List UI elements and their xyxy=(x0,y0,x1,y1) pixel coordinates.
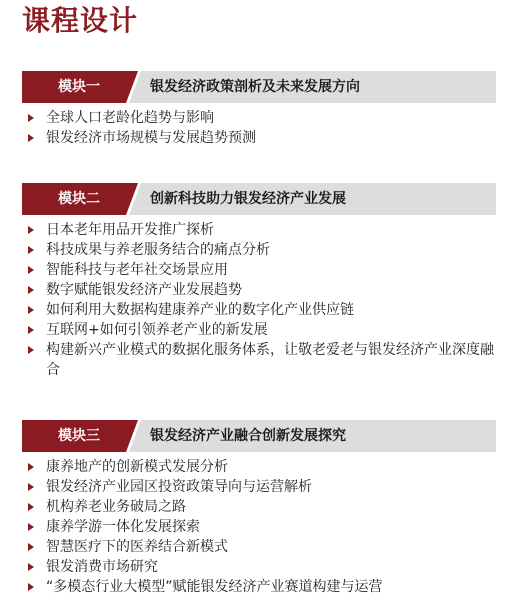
triangle-bullet-icon xyxy=(28,266,34,274)
list-item: 互联网+如何引领养老产业的新发展 xyxy=(22,320,496,340)
list-item-text: 康养地产的创新模式发展分析 xyxy=(46,459,228,475)
module-2: 模块二 创新科技助力银发经济产业发展 日本老年用品开发推广探析 科技成果与养老服… xyxy=(22,183,496,380)
triangle-bullet-icon xyxy=(28,246,34,254)
list-item-text: 智能科技与老年社交场景应用 xyxy=(46,262,228,278)
list-item-text: 互联网+如何引领养老产业的新发展 xyxy=(46,322,268,338)
triangle-bullet-icon xyxy=(28,463,34,471)
list-item: 构建新兴产业模式的数据化服务体系，让敬老爱老与银发经济产业深度融合 xyxy=(22,340,496,380)
triangle-bullet-icon xyxy=(28,543,34,551)
list-item-text: 数字赋能银发经济产业发展趋势 xyxy=(46,282,242,298)
triangle-bullet-icon xyxy=(28,483,34,491)
list-item: 智能科技与老年社交场景应用 xyxy=(22,260,496,280)
list-item-text: 科技成果与养老服务结合的痛点分析 xyxy=(46,242,270,258)
module-header: 模块二 创新科技助力银发经济产业发展 xyxy=(22,183,496,215)
module-title: 银发经济产业融合创新发展探究 xyxy=(150,420,346,452)
list-item: 康养地产的创新模式发展分析 xyxy=(22,457,496,477)
topic-list: 康养地产的创新模式发展分析 银发经济产业园区投资政策导向与运营解析 机构养老业务… xyxy=(22,457,496,597)
list-item: 银发经济产业园区投资政策导向与运营解析 xyxy=(22,477,496,497)
list-item-text: 全球人口老龄化趋势与影响 xyxy=(46,110,214,126)
list-item: 如何利用大数据构建康养产业的数字化产业供应链 xyxy=(22,300,496,320)
list-item: 数字赋能银发经济产业发展趋势 xyxy=(22,280,496,300)
list-item: 银发经济市场规模与发展趋势预测 xyxy=(22,128,496,148)
list-item-text: 如何利用大数据构建康养产业的数字化产业供应链 xyxy=(46,302,354,318)
list-item-text: 银发经济市场规模与发展趋势预测 xyxy=(46,130,256,146)
list-item-text: 机构养老业务破局之路 xyxy=(46,499,186,515)
list-item: 银发消费市场研究 xyxy=(22,557,496,577)
triangle-bullet-icon xyxy=(28,286,34,294)
page-title: 课程设计 xyxy=(22,4,138,38)
list-item-text: 银发消费市场研究 xyxy=(46,559,158,575)
triangle-bullet-icon xyxy=(28,326,34,334)
list-item: “多模态行业大模型”赋能银发经济产业赛道构建与运营 xyxy=(22,577,496,597)
module-label: 模块一 xyxy=(22,71,126,103)
triangle-bullet-icon xyxy=(28,563,34,571)
list-item: 机构养老业务破局之路 xyxy=(22,497,496,517)
list-item-text: 智慧医疗下的医养结合新模式 xyxy=(46,539,228,555)
module-3: 模块三 银发经济产业融合创新发展探究 康养地产的创新模式发展分析 银发经济产业园… xyxy=(22,420,496,597)
list-item-text: 康养学游一体化发展探索 xyxy=(46,519,200,535)
list-item-text: 日本老年用品开发推广探析 xyxy=(46,222,214,238)
triangle-bullet-icon xyxy=(28,114,34,122)
triangle-bullet-icon xyxy=(28,346,34,354)
triangle-bullet-icon xyxy=(28,583,34,591)
topic-list: 全球人口老龄化趋势与影响 银发经济市场规模与发展趋势预测 xyxy=(22,108,496,148)
list-item: 科技成果与养老服务结合的痛点分析 xyxy=(22,240,496,260)
list-item-text: 构建新兴产业模式的数据化服务体系，让敬老爱老与银发经济产业深度融合 xyxy=(46,342,494,378)
triangle-bullet-icon xyxy=(28,134,34,142)
triangle-bullet-icon xyxy=(28,503,34,511)
triangle-bullet-icon xyxy=(28,523,34,531)
module-label: 模块二 xyxy=(22,183,126,215)
list-item-text: 银发经济产业园区投资政策导向与运营解析 xyxy=(46,479,312,495)
list-item: 智慧医疗下的医养结合新模式 xyxy=(22,537,496,557)
module-header: 模块一 银发经济政策剖析及未来发展方向 xyxy=(22,71,496,103)
list-item: 全球人口老龄化趋势与影响 xyxy=(22,108,496,128)
list-item: 康养学游一体化发展探索 xyxy=(22,517,496,537)
triangle-bullet-icon xyxy=(28,306,34,314)
module-1: 模块一 银发经济政策剖析及未来发展方向 全球人口老龄化趋势与影响 银发经济市场规… xyxy=(22,71,496,148)
module-header: 模块三 银发经济产业融合创新发展探究 xyxy=(22,420,496,452)
topic-list: 日本老年用品开发推广探析 科技成果与养老服务结合的痛点分析 智能科技与老年社交场… xyxy=(22,220,496,380)
module-title: 创新科技助力银发经济产业发展 xyxy=(150,183,346,215)
triangle-bullet-icon xyxy=(28,226,34,234)
module-title: 银发经济政策剖析及未来发展方向 xyxy=(150,71,360,103)
list-item-text: “多模态行业大模型”赋能银发经济产业赛道构建与运营 xyxy=(46,579,383,595)
module-label: 模块三 xyxy=(22,420,126,452)
list-item: 日本老年用品开发推广探析 xyxy=(22,220,496,240)
